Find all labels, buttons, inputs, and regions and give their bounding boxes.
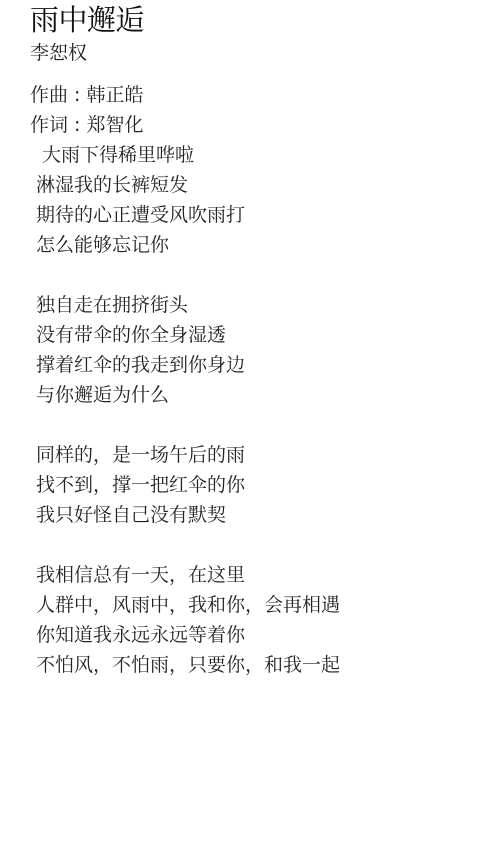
lyric-line: 期待的心正遭受风吹雨打 — [30, 200, 500, 230]
stanza-1: 大雨下得稀里哗啦 淋湿我的长裤短发 期待的心正遭受风吹雨打 怎么能够忘记你 — [30, 140, 500, 260]
lyric-line: 淋湿我的长裤短发 — [30, 170, 500, 200]
stanza-break — [30, 260, 500, 290]
lyric-line: 我相信总有一天，在这里 — [30, 560, 500, 590]
lyric-line: 我只好怪自己没有默契 — [30, 500, 500, 530]
song-artist: 李恕权 — [30, 40, 500, 66]
stanza-break — [30, 410, 500, 440]
lyric-line: 没有带伞的你全身湿透 — [30, 320, 500, 350]
lyric-line: 不怕风，不怕雨，只要你，和我一起 — [30, 650, 500, 680]
lyric-line: 大雨下得稀里哗啦 — [30, 140, 500, 170]
lyric-line: 独自走在拥挤街头 — [30, 290, 500, 320]
lyric-line: 你知道我永远永远等着你 — [30, 620, 500, 650]
credit-composer: 作曲 : 韩正皓 — [30, 80, 500, 110]
credit-lyricist: 作词 : 郑智化 — [30, 110, 500, 140]
lyric-line: 撑着红伞的我走到你身边 — [30, 350, 500, 380]
lyric-line: 与你邂逅为什么 — [30, 380, 500, 410]
stanza-break — [30, 530, 500, 560]
lyric-line: 怎么能够忘记你 — [30, 230, 500, 260]
stanza-4: 我相信总有一天，在这里 人群中，风雨中，我和你，会再相遇 你知道我永远永远等着你… — [30, 560, 500, 680]
stanza-3: 同样的，是一场午后的雨 找不到，撑一把红伞的你 我只好怪自己没有默契 — [30, 440, 500, 530]
lyric-line: 找不到，撑一把红伞的你 — [30, 470, 500, 500]
lyrics-page: 雨中邂逅 李恕权 作曲 : 韩正皓 作词 : 郑智化 大雨下得稀里哗啦 淋湿我的… — [30, 0, 500, 680]
credits: 作曲 : 韩正皓 作词 : 郑智化 — [30, 80, 500, 140]
lyrics-body: 大雨下得稀里哗啦 淋湿我的长裤短发 期待的心正遭受风吹雨打 怎么能够忘记你 独自… — [30, 140, 500, 680]
lyric-line: 同样的，是一场午后的雨 — [30, 440, 500, 470]
stanza-2: 独自走在拥挤街头 没有带伞的你全身湿透 撑着红伞的我走到你身边 与你邂逅为什么 — [30, 290, 500, 410]
lyric-line: 人群中，风雨中，我和你，会再相遇 — [30, 590, 500, 620]
song-title: 雨中邂逅 — [30, 0, 500, 40]
